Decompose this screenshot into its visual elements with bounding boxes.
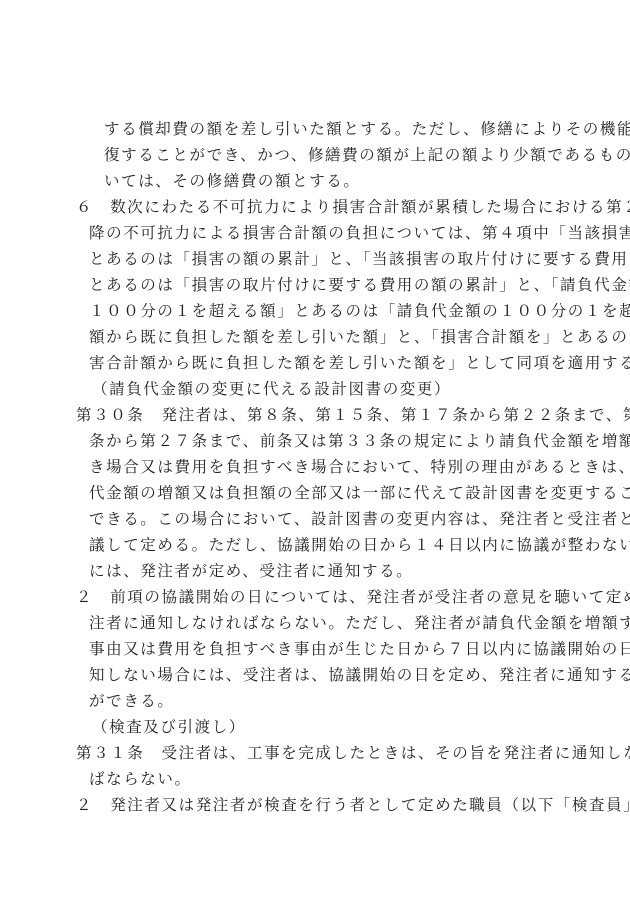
article-31-clause-2-first-line: ２ 発注者又は発注者が検査を行う者として定めた職員（以下「検査員」とい	[76, 792, 566, 818]
text-line: できる。この場合において、設計図書の変更内容は、発注者と受注者とが協	[76, 506, 566, 532]
text-line: 降の不可抗力による損害合計額の負担については、第４項中「当該損害の額」	[76, 220, 566, 246]
text-line: 代金額の増額又は負担額の全部又は一部に代えて設計図書を変更することが	[76, 480, 566, 506]
text-line: とあるのは「損害の取片付けに要する費用の額の累計」と、「請負代金額の	[76, 272, 566, 298]
text-line: 知しない場合には、受注者は、協議開始の日を定め、発注者に通知すること	[76, 662, 566, 688]
article-30-first-line: 第３０条 発注者は、第８条、第１５条、第１７条から第２２条まで、第２５	[76, 402, 566, 428]
text-line: 条から第２７条まで、前条又は第３３条の規定により請負代金額を増額すべ	[76, 428, 566, 454]
text-line: する償却費の額を差し引いた額とする。ただし、修繕によりその機能を回	[76, 116, 566, 142]
text-line: ができる。	[76, 688, 566, 714]
article-30-clause-2-first-line: ２ 前項の協議開始の日については、発注者が受注者の意見を聴いて定め、受	[76, 584, 566, 610]
article-31-heading: （検査及び引渡し）	[76, 714, 566, 740]
text-line: 注者に通知しなければならない。ただし、発注者が請負代金額を増額すべき	[76, 610, 566, 636]
text-line: ばならない。	[76, 766, 566, 792]
text-line: 額から既に負担した額を差し引いた額」と、「損害合計額を」とあるのは「損	[76, 324, 566, 350]
article-30-heading: （請負代金額の変更に代える設計図書の変更）	[76, 376, 566, 402]
document-page: する償却費の額を差し引いた額とする。ただし、修繕によりその機能を回 復することが…	[0, 0, 630, 903]
text-line: き場合又は費用を負担すべき場合において、特別の理由があるときは、請負	[76, 454, 566, 480]
text-line: には、発注者が定め、受注者に通知する。	[76, 558, 566, 584]
text-line: 害合計額から既に負担した額を差し引いた額を」として同項を適用する。	[76, 350, 566, 376]
text-line: 事由又は費用を負担すべき事由が生じた日から７日以内に協議開始の日を通	[76, 636, 566, 662]
article-31-first-line: 第３１条 受注者は、工事を完成したときは、その旨を発注者に通知しなけれ	[76, 740, 566, 766]
text-line: 議して定める。ただし、協議開始の日から１４日以内に協議が整わない場合	[76, 532, 566, 558]
text-line: 復することができ、かつ、修繕費の額が上記の額より少額であるものにつ	[76, 142, 566, 168]
document-body: する償却費の額を差し引いた額とする。ただし、修繕によりその機能を回 復することが…	[76, 116, 566, 818]
clause-6-first-line: ６ 数次にわたる不可抗力により損害合計額が累積した場合における第２次以	[76, 194, 566, 220]
text-line: １００分の１を超える額」とあるのは「請負代金額の１００分の１を超える	[76, 298, 566, 324]
text-line: とあるのは「損害の額の累計」と、「当該損害の取片付けに要する費用の額」	[76, 246, 566, 272]
text-line: いては、その修繕費の額とする。	[76, 168, 566, 194]
